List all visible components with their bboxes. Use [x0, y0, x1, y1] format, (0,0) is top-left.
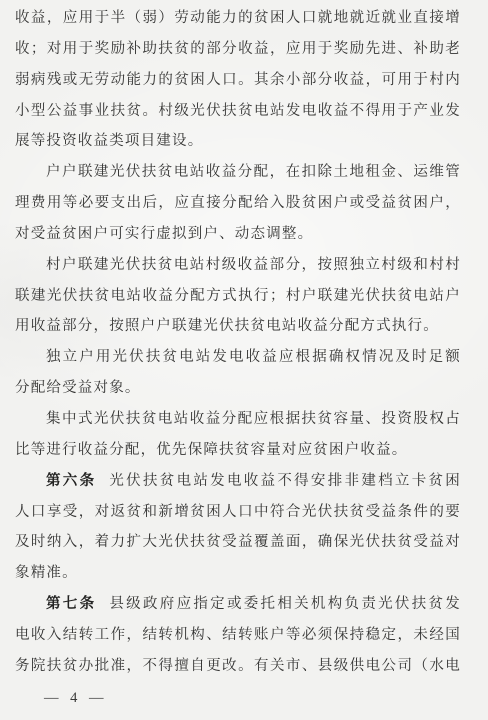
text-line: 小型公益事业扶贫。村级光伏扶贫电站发电收益不得用于产业发 [15, 96, 461, 127]
text-line: 户户联建光伏扶贫电站收益分配，在扣除土地租金、运维管 [15, 157, 461, 188]
text-line: 理费用等必要支出后，应直接分配给入股贫困户或受益贫困户， [15, 188, 461, 219]
article-number-article-7: 第七条 [46, 596, 96, 612]
text-line: 对受益贫困户可实行虚拟到户、动态调整。 [15, 219, 461, 250]
article-number-article-6: 第六条 [46, 473, 96, 489]
text-line: 弱病残或无劳动能力的贫困人口。其余小部分收益，可用于村内 [15, 65, 461, 96]
text-line: 展等投资收益类项目建设。 [15, 126, 461, 157]
article-text: 光伏扶贫电站发电收益不得安排非建档立卡贫困 [109, 473, 461, 489]
page-number: — 4 — [44, 684, 108, 712]
text-line: 务院扶贫办批准，不得擅自更改。有关市、县级供电公司（水电 [15, 651, 461, 682]
text-line: 收益，应用于半（弱）劳动能力的贫困人口就地就近就业直接增 [15, 3, 461, 34]
article-text: 县级政府应指定或委托相关机构负责光伏扶贫发 [109, 596, 461, 612]
text-line: 收；对用于奖励补助扶贫的部分收益，应用于奖励先进、补助老 [15, 34, 461, 65]
text-line: 村户联建光伏扶贫电站村级收益部分，按照独立村级和村村 [15, 250, 461, 281]
article-heading-line: 第七条县级政府应指定或委托相关机构负责光伏扶贫发 [15, 589, 461, 620]
document-page: 收益，应用于半（弱）劳动能力的贫困人口就地就近就业直接增 收；对用于奖励补助扶贫… [0, 0, 488, 720]
text-line: 电收入结转工作，结转机构、结转账户等必须保持稳定，未经国 [15, 620, 461, 651]
text-line: 联建光伏扶贫电站收益分配方式执行；村户联建光伏扶贫电站户 [15, 281, 461, 312]
text-line: 比等进行收益分配，优先保障扶贫容量对应贫困户收益。 [15, 435, 461, 466]
text-line: 用收益部分，按照户户联建光伏扶贫电站收益分配方式执行。 [15, 311, 461, 342]
text-line: 集中式光伏扶贫电站收益分配应根据扶贫容量、投资股权占 [15, 404, 461, 435]
document-body: 收益，应用于半（弱）劳动能力的贫困人口就地就近就业直接增 收；对用于奖励补助扶贫… [15, 3, 461, 682]
text-line: 及时纳入，着力扩大光伏扶贫受益覆盖面，确保光伏扶贫受益对 [15, 527, 461, 558]
text-line: 分配给受益对象。 [15, 373, 461, 404]
text-line: 象精准。 [15, 558, 461, 589]
text-line: 独立户用光伏扶贫电站发电收益应根据确权情况及时足额 [15, 342, 461, 373]
text-line: 人口享受，对返贫和新增贫困人口中符合光伏扶贫受益条件的要 [15, 497, 461, 528]
article-heading-line: 第六条光伏扶贫电站发电收益不得安排非建档立卡贫困 [15, 466, 461, 497]
